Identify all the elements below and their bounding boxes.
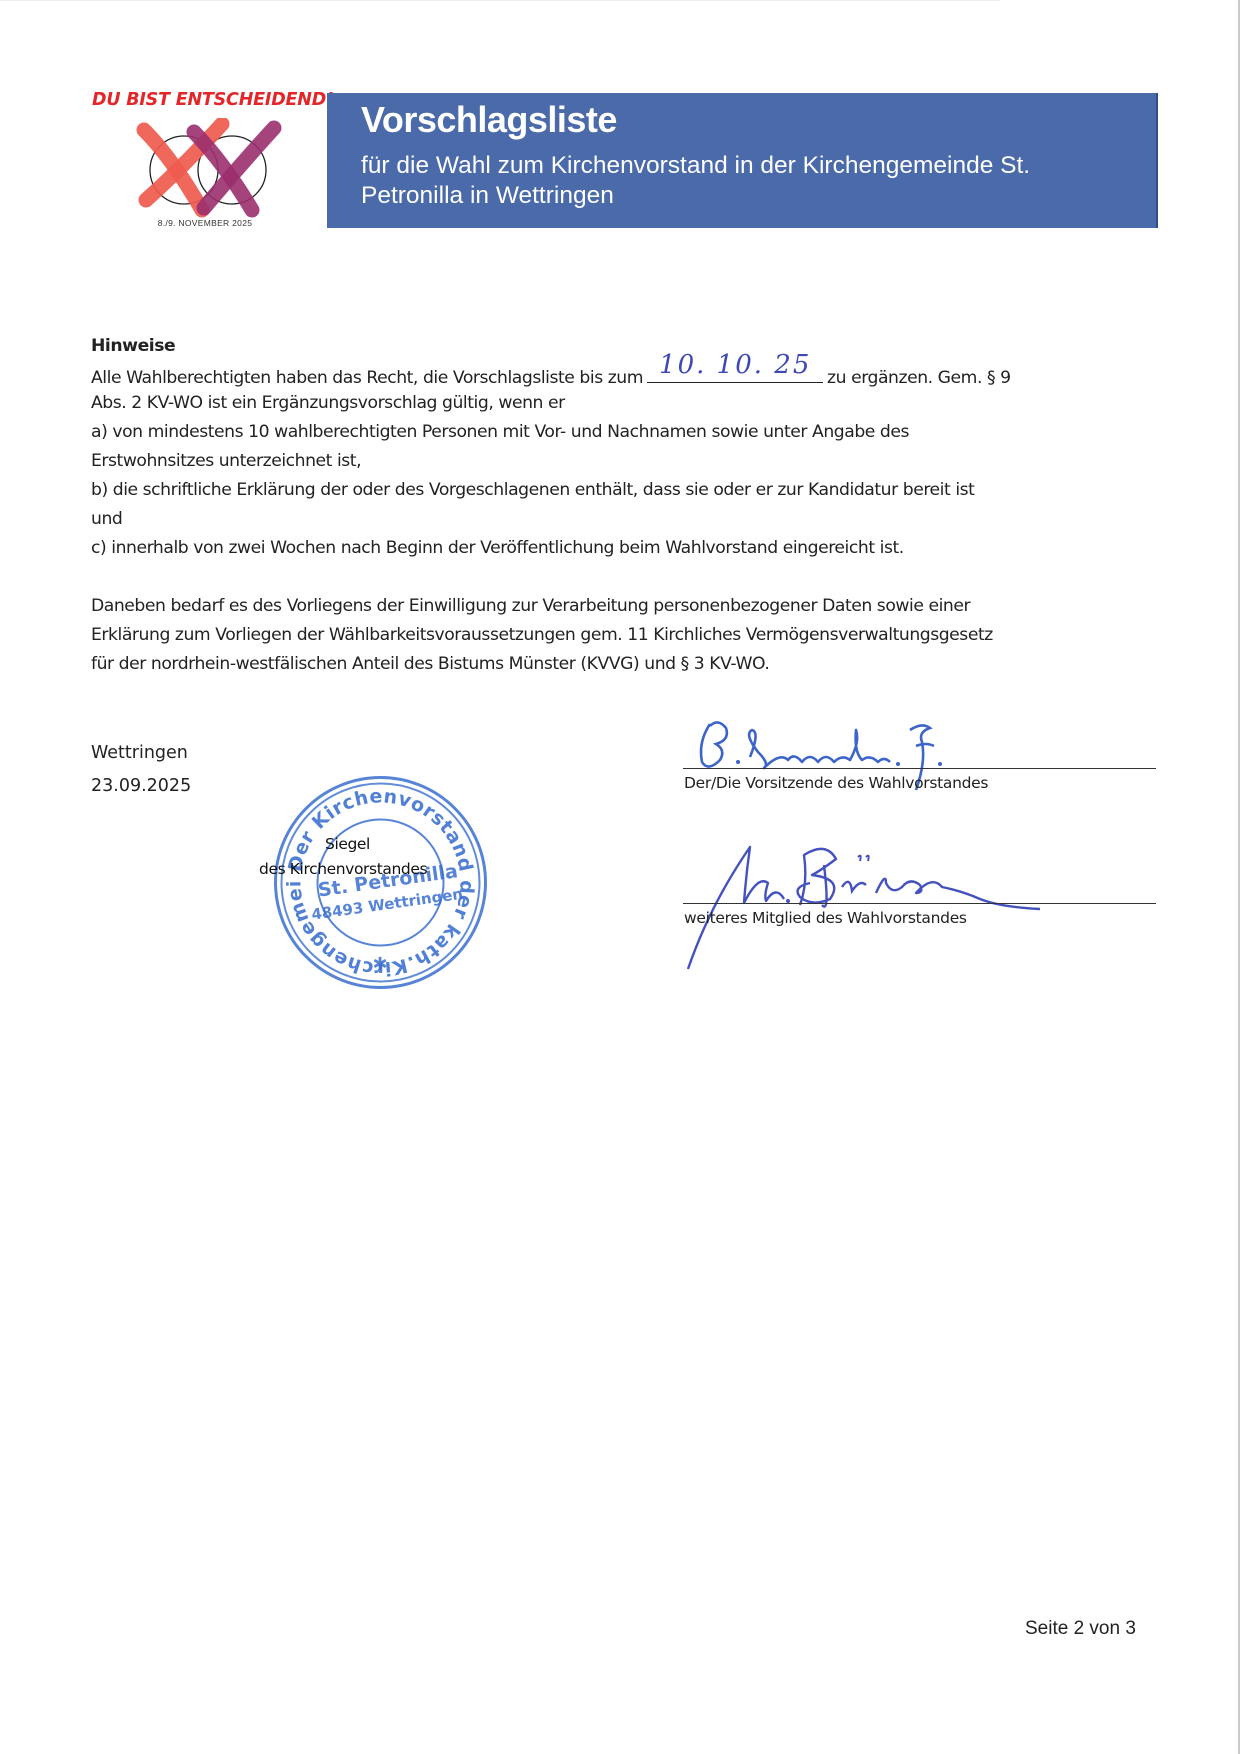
official-seal-stamp: Der Kirchenvorstand der kath.Kirchengeme… xyxy=(268,770,493,995)
hinweise-line-2: Abs. 2 KV-WO ist ein Ergänzungsvorschlag… xyxy=(91,393,565,413)
hinweise-line-1: Alle Wahlberechtigten haben das Recht, d… xyxy=(91,364,1011,388)
daneben-line-1: Daneben bedarf es des Vorliegens der Ein… xyxy=(91,596,970,616)
deadline-field: 10. 10. 25 xyxy=(647,364,823,383)
signature-line-member xyxy=(683,903,1156,904)
subtitle-line: für die Wahl zum Kirchenvorstand in der … xyxy=(361,151,1141,181)
daneben-line-3: für der nordrhein-westfälischen Anteil d… xyxy=(91,654,769,674)
subtitle-line: Petronilla in Wettringen xyxy=(361,181,1141,211)
svg-text:✱: ✱ xyxy=(372,954,387,975)
election-logo: DU BIST ENTSCHEIDEND! 8./9. NOVEMBER 202… xyxy=(82,84,328,234)
condition-c: c) innerhalb von zwei Wochen nach Beginn… xyxy=(91,538,904,558)
text: zu ergänzen. Gem. § 9 xyxy=(827,368,1011,388)
condition-a: a) von mindestens 10 wahlberechtigten Pe… xyxy=(91,422,909,442)
seal-label-line-1: Siegel xyxy=(325,835,370,853)
signature-caption-chair: Der/Die Vorsitzende des Wahlvorstandes xyxy=(684,774,988,792)
daneben-line-2: Erklärung zum Vorliegen der Wählbarkeits… xyxy=(91,625,993,645)
page-title: Vorschlagsliste xyxy=(361,99,617,141)
place: Wettringen xyxy=(91,743,188,763)
logo-election-date: 8./9. NOVEMBER 2025 xyxy=(82,218,328,228)
scan-edge-top xyxy=(0,0,1000,1)
title-banner: Vorschlagsliste für die Wahl zum Kirchen… xyxy=(327,93,1158,228)
signature-chair xyxy=(690,712,980,782)
signature-caption-member: weiteres Mitglied des Wahlvorstandes xyxy=(684,909,967,927)
section-heading-hinweise: Hinweise xyxy=(91,336,1151,356)
condition-b: b) die schriftliche Erklärung der oder d… xyxy=(91,480,974,500)
signature-member xyxy=(680,835,1060,975)
signature-line-chair xyxy=(683,768,1156,769)
scan-edge-right xyxy=(1238,0,1240,1754)
handwritten-deadline: 10. 10. 25 xyxy=(659,350,811,380)
seal-label-line-2: des Kirchenvorstandes xyxy=(259,860,427,878)
document-date: 23.09.2025 xyxy=(91,776,191,796)
text: Alle Wahlberechtigten haben das Recht, d… xyxy=(91,368,643,388)
ballot-cross-icon xyxy=(132,118,282,218)
logo-slogan: DU BIST ENTSCHEIDEND! xyxy=(92,90,334,110)
page-number: Seite 2 von 3 xyxy=(1025,1618,1136,1640)
condition-a-cont: Erstwohnsitzes unterzeichnet ist, xyxy=(91,451,361,471)
condition-b-cont: und xyxy=(91,509,122,529)
page-subtitle: für die Wahl zum Kirchenvorstand in der … xyxy=(361,151,1141,211)
